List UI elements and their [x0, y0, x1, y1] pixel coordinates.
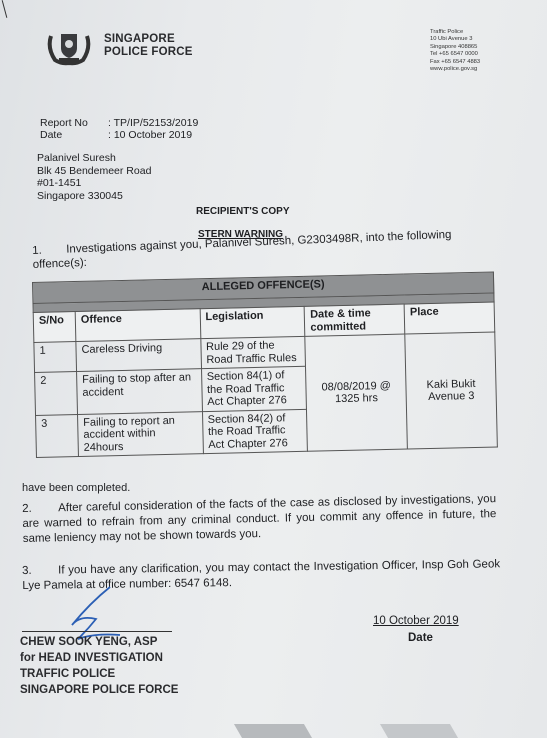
contact-block: Traffic Police 10 Ubi Avenue 3 Singapore… — [430, 29, 480, 73]
signatory-unit: TRAFFIC POLICE — [20, 666, 178, 682]
date-label: Date — [40, 129, 108, 141]
sign-date-value: 10 October 2019 — [373, 615, 459, 627]
alleged-offences-table: ALLEGED OFFENCE(S) S/No Offence Legislat… — [32, 272, 498, 458]
contact-tel: Tel +65 6547 0000 — [430, 51, 480, 58]
row-sno: 2 — [35, 372, 78, 415]
row-legislation: Rule 29 of the Road Traffic Rules — [200, 336, 305, 368]
shadow-mark — [380, 724, 458, 738]
contact-fax: Fax +65 6547 4883 — [430, 59, 480, 66]
sign-date-label: Date — [408, 632, 433, 644]
header-place: Place — [404, 302, 494, 334]
recipient-address-line3: Singapore 330045 — [37, 190, 151, 203]
paragraph-2: 2.After careful consideration of the fac… — [22, 492, 497, 547]
recipient-address: Palanivel Suresh Blk 45 Bendemeer Road #… — [37, 152, 151, 202]
org-name-line2: POLICE FORCE — [104, 46, 193, 59]
signatory-org: SINGAPORE POLICE FORCE — [20, 682, 178, 698]
paper-edge — [2, 0, 8, 18]
recipient-address-line2: #01-1451 — [37, 177, 151, 190]
paragraph-2-number: 2. — [22, 501, 58, 517]
copy-label: RECIPIENT'S COPY — [196, 206, 290, 217]
report-no-label: Report No — [40, 117, 108, 129]
header-sno: S/No — [33, 312, 76, 343]
recipient-address-line1: Blk 45 Bendemeer Road — [37, 165, 151, 178]
header-legislation: Legislation — [200, 306, 305, 338]
org-name-line1: SINGAPORE — [104, 33, 193, 46]
paragraph-1-text: Investigations against you, Palanivel Su… — [33, 229, 452, 271]
row-legislation: Section 84(1) of the Road Traffic Act Ch… — [201, 366, 307, 411]
signature-line — [22, 631, 172, 632]
offence-datetime: 08/08/2019 @ 1325 hrs — [305, 334, 407, 451]
police-crest-icon — [45, 28, 93, 66]
signatory-title: for HEAD INVESTIGATION — [20, 650, 178, 666]
row-offence: Careless Driving — [76, 339, 201, 372]
contact-city: Singapore 408865 — [430, 44, 480, 51]
signatory-block: CHEW SOOK YENG, ASP for HEAD INVESTIGATI… — [20, 634, 178, 698]
contact-website: www.police.gov.sg — [430, 66, 480, 73]
row-sno: 3 — [36, 414, 79, 457]
contact-street: 10 Ubi Avenue 3 — [430, 36, 480, 43]
signatory-name: CHEW SOOK YENG, ASP — [20, 634, 178, 650]
header-offence: Offence — [75, 309, 200, 342]
paragraph-2-text: After careful consideration of the facts… — [22, 493, 496, 545]
report-meta: Report No : TP/IP/52153/2019 Date : 10 O… — [40, 117, 198, 141]
date-value: : 10 October 2019 — [108, 129, 192, 141]
completed-text: have been completed. — [22, 482, 130, 494]
offence-place: Kaki Bukit Avenue 3 — [405, 332, 497, 449]
shadow-mark — [234, 724, 312, 738]
paragraph-3-number: 3. — [22, 563, 58, 579]
row-offence: Failing to stop after an accident — [76, 369, 202, 414]
report-no-value: : TP/IP/52153/2019 — [108, 117, 198, 129]
contact-dept: Traffic Police — [430, 29, 480, 36]
row-legislation: Section 84(2) of the Road Traffic Act Ch… — [202, 409, 308, 454]
paragraph-1-number: 1. — [32, 243, 67, 258]
row-sno: 1 — [34, 342, 77, 373]
document-page: SINGAPORE POLICE FORCE Traffic Police 10… — [0, 0, 547, 738]
row-offence: Failing to report an accident within 24h… — [77, 411, 203, 456]
recipient-name: Palanivel Suresh — [37, 152, 151, 165]
org-name: SINGAPORE POLICE FORCE — [104, 33, 193, 58]
header-datetime: Date & time committed — [304, 304, 404, 336]
